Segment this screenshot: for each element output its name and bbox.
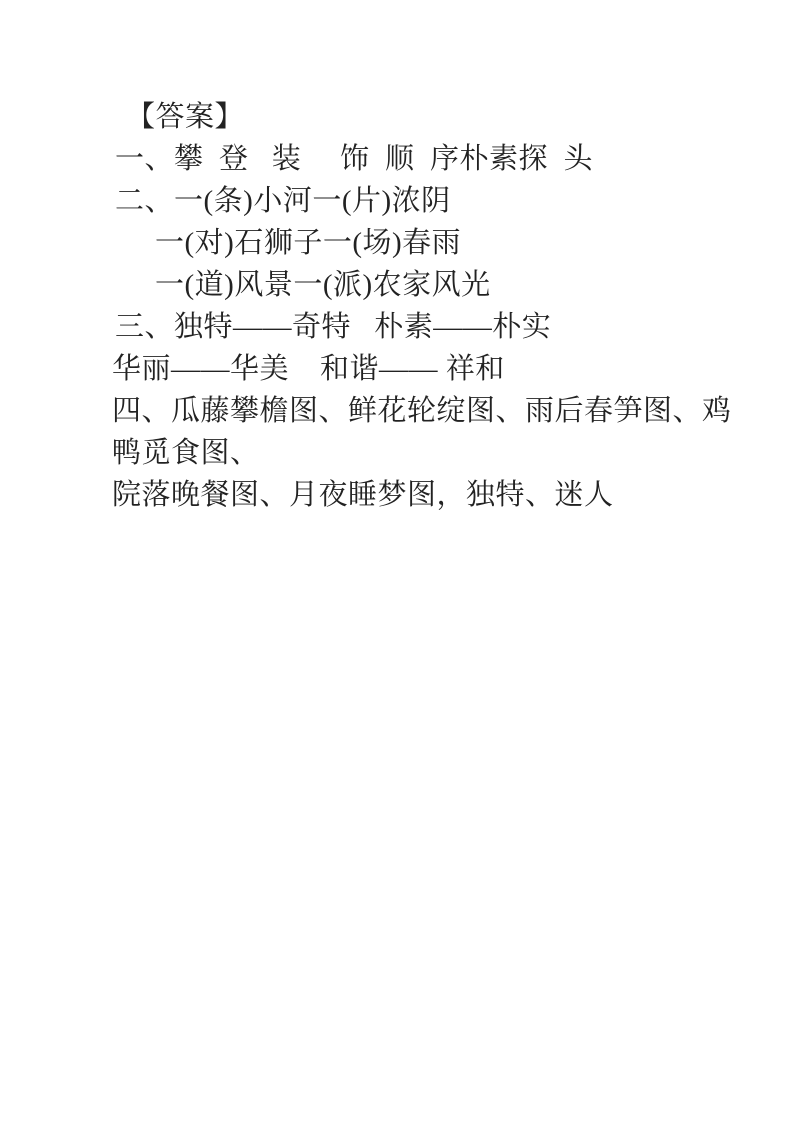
section-two-answer-line-2: 一(对)石狮子一(场)春雨 (155, 222, 743, 264)
section-two-answer-line-3: 一(道)风景一(派)农家风光 (155, 264, 743, 306)
document-page: 【答案】 一、攀 登 装 饰 顺 序朴素探 头 二、一(条)小河一(片)浓阴 一… (0, 0, 793, 1122)
section-four-answer-line-1: 四、瓜藤攀檐图、鲜花轮绽图、雨后春笋图、鸡鸭觅食图、 (112, 390, 743, 474)
section-three-answer-line-2: 华丽——华美 和谐—— 祥和 (112, 348, 743, 390)
section-two-answer-line-1: 二、一(条)小河一(片)浓阴 (115, 180, 743, 222)
section-four-answer-line-2: 院落晚餐图、月夜睡梦图，独特、迷人 (112, 474, 743, 516)
answers-heading: 【答案】 (126, 96, 743, 138)
section-one-answer-line: 一、攀 登 装 饰 顺 序朴素探 头 (115, 138, 743, 180)
section-three-answer-line-1: 三、独特——奇特 朴素——朴实 (115, 306, 743, 348)
